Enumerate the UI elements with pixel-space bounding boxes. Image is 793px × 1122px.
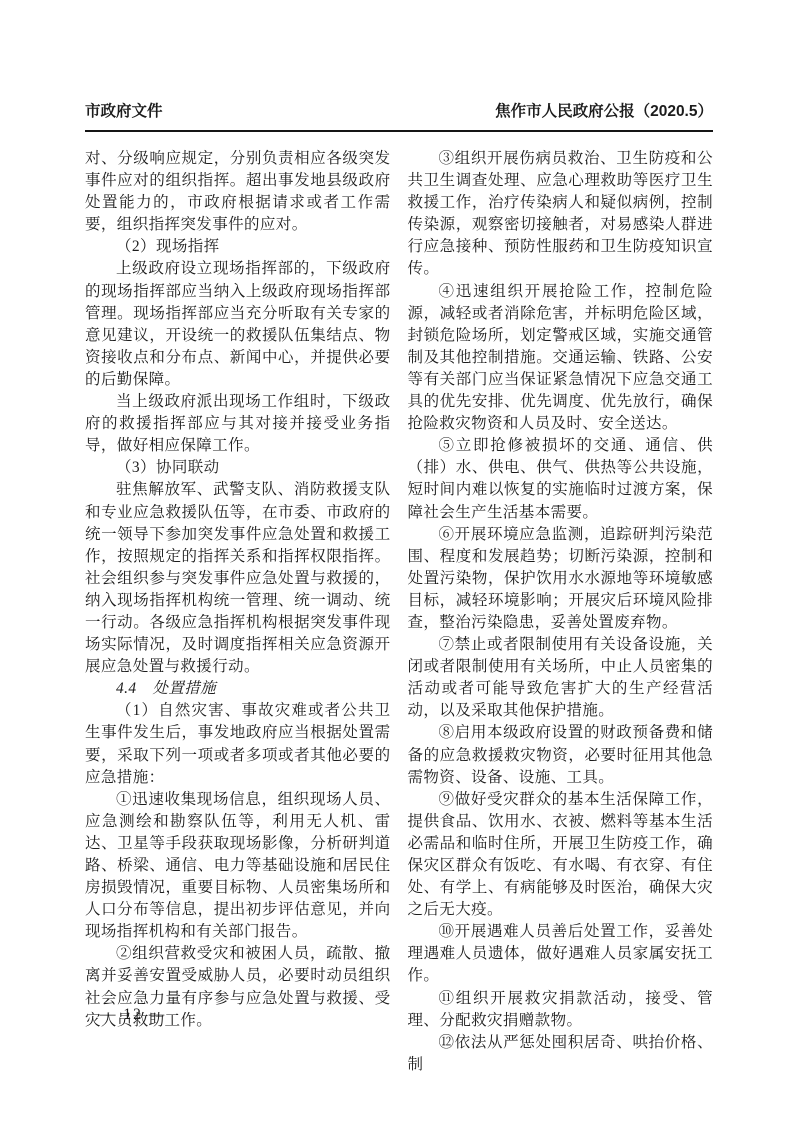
paragraph: ⑨做好受灾群众的基本生活保障工作，提供食品、饮用水、衣被、燃料等基本生活必需品和… — [408, 789, 714, 922]
paragraph: ④迅速组织开展抢险工作，控制危险源，减轻或者消除危害，并标明危险区域，封锁危险场… — [408, 281, 714, 436]
page-number: — 12 — — [100, 1006, 166, 1024]
paragraph: ⑤立即抢修被损坏的交通、通信、供（排）水、供电、供气、供热等公共设施，短时间内难… — [408, 435, 714, 523]
paragraph: （1）自然灾害、事故灾难或者公共卫生事件发生后，事发地政府应当根据处置需要，采取… — [85, 700, 391, 788]
paragraph: （3）协同联动 — [85, 457, 391, 479]
paragraph: ⑦禁止或者限制使用有关设备设施，关闭或者限制使用有关场所，中止人员密集的活动或者… — [408, 634, 714, 722]
page-header: 市政府文件 焦作市人民政府公报（2020.5） — [85, 99, 713, 132]
paragraph: ①迅速收集现场信息，组织现场人员、应急测绘和勘察队伍等，利用无人机、雷达、卫星等… — [85, 789, 391, 944]
header-left-title: 市政府文件 — [85, 99, 163, 121]
left-column: 对、分级响应规定，分别负责相应各级突发事件应对的组织指挥。超出事发地县级政府处置… — [85, 148, 391, 1076]
paragraph: ⑫依法从严惩处囤积居奇、哄抬价格、制 — [408, 1032, 714, 1076]
page-content: 市政府文件 焦作市人民政府公报（2020.5） 对、分级响应规定，分别负责相应各… — [85, 99, 713, 1076]
header-right-title: 焦作市人民政府公报（2020.5） — [495, 99, 713, 121]
paragraph: ⑩开展遇难人员善后处置工作，妥善处理遇难人员遗体，做好遇难人员家属安抚工作。 — [408, 921, 714, 987]
paragraph: 上级政府设立现场指挥部的，下级政府的现场指挥部应当纳入上级政府现场指挥部管理。现… — [85, 258, 391, 391]
right-column: ③组织开展伤病员救治、卫生防疫和公共卫生调查处理、应急心理救助等医疗卫生救援工作… — [408, 148, 714, 1076]
body-columns: 对、分级响应规定，分别负责相应各级突发事件应对的组织指挥。超出事发地县级政府处置… — [85, 148, 713, 1076]
paragraph: ⑧启用本级政府设置的财政预备费和储备的应急救援救灾物资，必要时征用其他急需物资、… — [408, 722, 714, 788]
paragraph: 对、分级响应规定，分别负责相应各级突发事件应对的组织指挥。超出事发地县级政府处置… — [85, 148, 391, 236]
document-page: 市政府文件 焦作市人民政府公报（2020.5） 对、分级响应规定，分别负责相应各… — [0, 0, 793, 1122]
paragraph: 4.4 处置措施 — [85, 678, 391, 700]
paragraph: 驻焦解放军、武警支队、消防救援支队和专业应急救援队伍等，在市委、市政府的统一领导… — [85, 479, 391, 678]
paragraph: ⑥开展环境应急监测，追踪研判污染范围、程度和发展趋势；切断污染源，控制和处置污染… — [408, 524, 714, 634]
paragraph: 当上级政府派出现场工作组时，下级政府的救援指挥部应与其对接并接受业务指导，做好相… — [85, 391, 391, 457]
paragraph: ⑪组织开展救灾捐款活动，接受、管理、分配救灾捐赠款物。 — [408, 988, 714, 1032]
paragraph: （2）现场指挥 — [85, 236, 391, 258]
paragraph: ③组织开展伤病员救治、卫生防疫和公共卫生调查处理、应急心理救助等医疗卫生救援工作… — [408, 148, 714, 281]
